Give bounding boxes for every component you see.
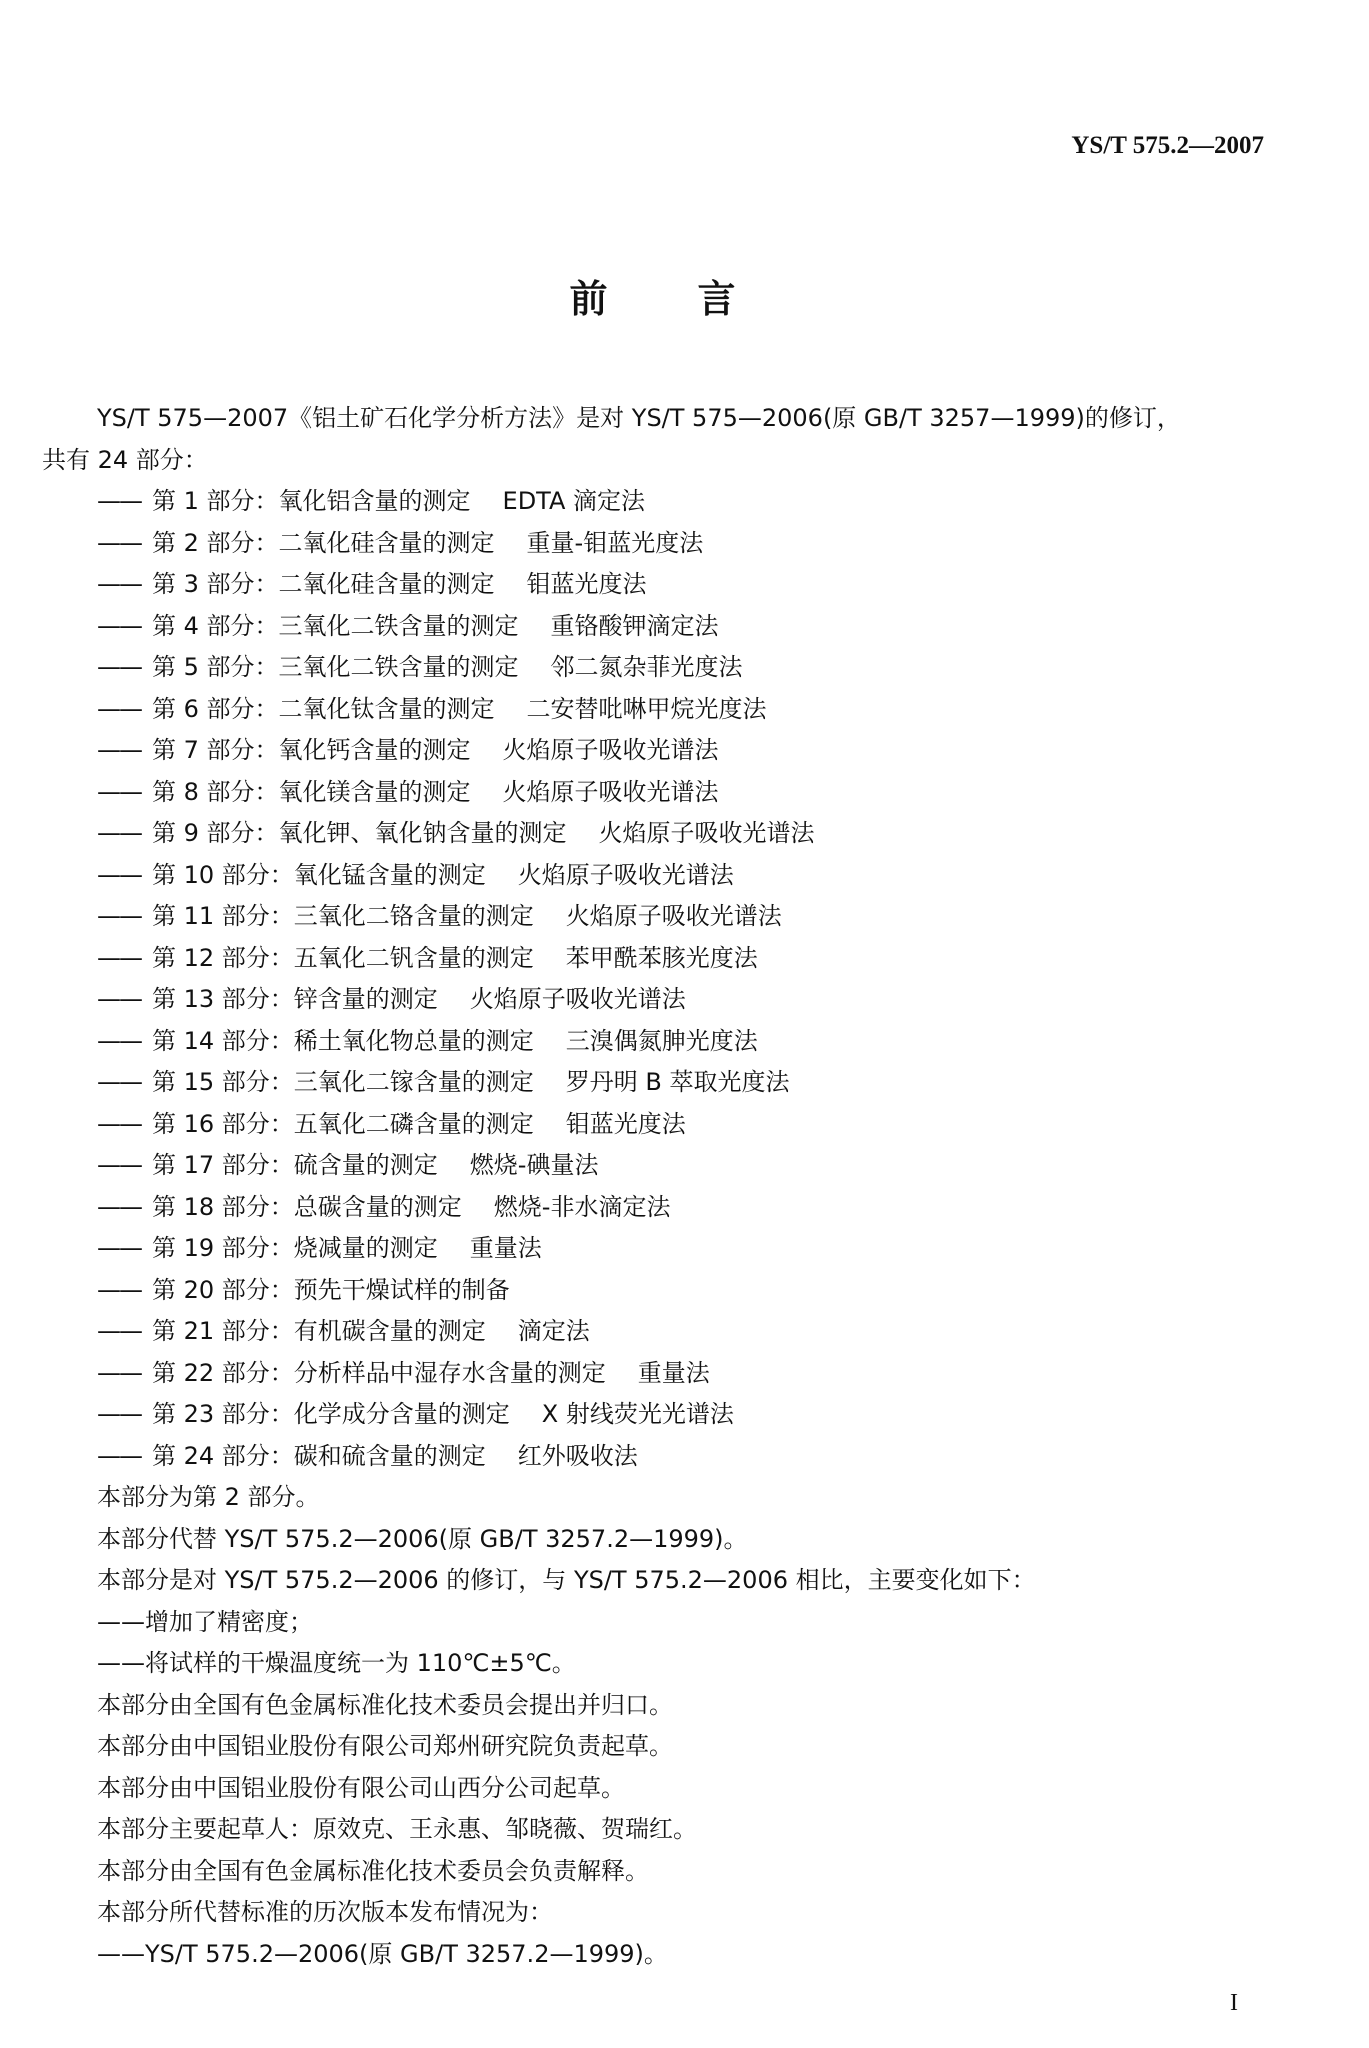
part-list-item: ——第 6 部分：二氧化钛含量的测定二安替吡啉甲烷光度法 <box>42 689 1277 731</box>
part-title: 第 6 部分：二氧化钛含量的测定 <box>152 695 495 723</box>
change-item-1: ——增加了精密度； <box>42 1602 1277 1644</box>
part-list-item: ——第 3 部分：二氧化硅含量的测定钼蓝光度法 <box>42 564 1277 606</box>
em-dash-bullet: —— <box>97 1104 152 1146</box>
part-title: 第 14 部分：稀土氧化物总量的测定 <box>152 1027 534 1055</box>
history-item-1: ——YS/T 575.2—2006(原 GB/T 3257.2—1999)。 <box>42 1934 1277 1976</box>
standard-code-header: YS/T 575.2—2007 <box>1071 132 1264 160</box>
foreword-body: YS/T 575—2007《铝土矿石化学分析方法》是对 YS/T 575—200… <box>42 398 1277 1975</box>
part-method: 重量-钼蓝光度法 <box>527 529 704 557</box>
part-method: EDTA 滴定法 <box>503 487 646 515</box>
part-title: 第 10 部分：氧化锰含量的测定 <box>152 861 486 889</box>
interpreted-by-statement: 本部分由全国有色金属标准化技术委员会负责解释。 <box>42 1851 1277 1893</box>
part-title: 第 1 部分：氧化铝含量的测定 <box>152 487 471 515</box>
part-method: 三溴偶氮胂光度法 <box>566 1027 758 1055</box>
part-list-item: ——第 11 部分：三氧化二铬含量的测定火焰原子吸收光谱法 <box>42 896 1277 938</box>
part-list-item: ——第 7 部分：氧化钙含量的测定火焰原子吸收光谱法 <box>42 730 1277 772</box>
page-title: 前言 <box>0 268 1305 323</box>
part-list-item: ——第 2 部分：二氧化硅含量的测定重量-钼蓝光度法 <box>42 523 1277 565</box>
part-method: 滴定法 <box>518 1317 590 1345</box>
change-item-2: ——将试样的干燥温度统一为 110℃±5℃。 <box>42 1643 1277 1685</box>
proposed-by-statement: 本部分由全国有色金属标准化技术委员会提出并归口。 <box>42 1685 1277 1727</box>
part-method: 重量法 <box>638 1359 710 1387</box>
part-method: 钼蓝光度法 <box>566 1110 686 1138</box>
em-dash-bullet: —— <box>97 1353 152 1395</box>
part-title: 第 18 部分：总碳含量的测定 <box>152 1193 462 1221</box>
part-method: 钼蓝光度法 <box>527 570 647 598</box>
part-list-item: ——第 22 部分：分析样品中湿存水含量的测定重量法 <box>42 1353 1277 1395</box>
part-method: 重量法 <box>470 1234 542 1262</box>
part-method: 邻二氮杂菲光度法 <box>551 653 743 681</box>
em-dash-bullet: —— <box>97 1187 152 1229</box>
part-title: 第 13 部分：锌含量的测定 <box>152 985 438 1013</box>
em-dash-bullet: —— <box>97 1021 152 1063</box>
history-intro: 本部分所代替标准的历次版本发布情况为： <box>42 1892 1277 1934</box>
intro-line-1: YS/T 575—2007《铝土矿石化学分析方法》是对 YS/T 575—200… <box>42 398 1277 440</box>
title-char-2: 言 <box>698 268 736 323</box>
part-title: 第 11 部分：三氧化二铬含量的测定 <box>152 902 534 930</box>
part-title: 第 22 部分：分析样品中湿存水含量的测定 <box>152 1359 606 1387</box>
parts-list: ——第 1 部分：氧化铝含量的测定EDTA 滴定法——第 2 部分：二氧化硅含量… <box>42 481 1277 1477</box>
title-char-1: 前 <box>569 268 607 323</box>
part-method: 二安替吡啉甲烷光度法 <box>527 695 767 723</box>
em-dash-bullet: —— <box>97 1436 152 1478</box>
part-list-item: ——第 17 部分：硫含量的测定燃烧-碘量法 <box>42 1145 1277 1187</box>
em-dash-bullet: —— <box>97 647 152 689</box>
intro-line-2: 共有 24 部分： <box>42 440 1277 482</box>
em-dash-bullet: —— <box>97 772 152 814</box>
em-dash-bullet: —— <box>97 689 152 731</box>
part-title: 第 19 部分：烧减量的测定 <box>152 1234 438 1262</box>
part-list-item: ——第 19 部分：烧减量的测定重量法 <box>42 1228 1277 1270</box>
em-dash-bullet: —— <box>97 1394 152 1436</box>
page-number: I <box>1230 1990 1238 2017</box>
part-method: 火焰原子吸收光谱法 <box>566 902 782 930</box>
part-list-item: ——第 10 部分：氧化锰含量的测定火焰原子吸收光谱法 <box>42 855 1277 897</box>
part-method: 重铬酸钾滴定法 <box>551 612 719 640</box>
part-list-item: ——第 24 部分：碳和硫含量的测定红外吸收法 <box>42 1436 1277 1478</box>
part-title: 第 9 部分：氧化钾、氧化钠含量的测定 <box>152 819 567 847</box>
part-title: 第 3 部分：二氧化硅含量的测定 <box>152 570 495 598</box>
em-dash-bullet: —— <box>97 813 152 855</box>
part-list-item: ——第 1 部分：氧化铝含量的测定EDTA 滴定法 <box>42 481 1277 523</box>
em-dash-bullet: —— <box>97 564 152 606</box>
part-method: 火焰原子吸收光谱法 <box>599 819 815 847</box>
part-title: 第 20 部分：预先干燥试样的制备 <box>152 1276 510 1304</box>
em-dash-bullet: —— <box>97 1270 152 1312</box>
part-title: 第 4 部分：三氧化二铁含量的测定 <box>152 612 519 640</box>
part-method: 火焰原子吸收光谱法 <box>503 736 719 764</box>
part-title: 第 24 部分：碳和硫含量的测定 <box>152 1442 486 1470</box>
part-list-item: ——第 14 部分：稀土氧化物总量的测定三溴偶氮胂光度法 <box>42 1021 1277 1063</box>
em-dash-bullet: —— <box>97 606 152 648</box>
replaces-statement: 本部分代替 YS/T 575.2—2006(原 GB/T 3257.2—1999… <box>42 1519 1277 1561</box>
revision-statement: 本部分是对 YS/T 575.2—2006 的修订，与 YS/T 575.2—2… <box>42 1560 1277 1602</box>
part-title: 第 2 部分：二氧化硅含量的测定 <box>152 529 495 557</box>
part-method: 火焰原子吸收光谱法 <box>503 778 719 806</box>
part-list-item: ——第 16 部分：五氧化二磷含量的测定钼蓝光度法 <box>42 1104 1277 1146</box>
part-list-item: ——第 5 部分：三氧化二铁含量的测定邻二氮杂菲光度法 <box>42 647 1277 689</box>
part-method: 燃烧-碘量法 <box>470 1151 599 1179</box>
part-list-item: ——第 9 部分：氧化钾、氧化钠含量的测定火焰原子吸收光谱法 <box>42 813 1277 855</box>
em-dash-bullet: —— <box>97 1311 152 1353</box>
em-dash-bullet: —— <box>97 1145 152 1187</box>
part-title: 第 21 部分：有机碳含量的测定 <box>152 1317 486 1345</box>
part-method: 罗丹明 B 萃取光度法 <box>566 1068 790 1096</box>
em-dash-bullet: —— <box>97 896 152 938</box>
part-list-item: ——第 23 部分：化学成分含量的测定X 射线荧光光谱法 <box>42 1394 1277 1436</box>
em-dash-bullet: —— <box>97 481 152 523</box>
part-list-item: ——第 18 部分：总碳含量的测定燃烧-非水滴定法 <box>42 1187 1277 1229</box>
em-dash-bullet: —— <box>97 855 152 897</box>
part-list-item: ——第 13 部分：锌含量的测定火焰原子吸收光谱法 <box>42 979 1277 1021</box>
part-title: 第 17 部分：硫含量的测定 <box>152 1151 438 1179</box>
em-dash-bullet: —— <box>97 523 152 565</box>
lead-drafter-statement: 本部分由中国铝业股份有限公司郑州研究院负责起草。 <box>42 1726 1277 1768</box>
em-dash-bullet: —— <box>97 938 152 980</box>
em-dash-bullet: —— <box>97 730 152 772</box>
part-list-item: ——第 15 部分：三氧化二镓含量的测定罗丹明 B 萃取光度法 <box>42 1062 1277 1104</box>
drafters-statement: 本部分主要起草人：原效克、王永惠、邹晓薇、贺瑞红。 <box>42 1809 1277 1851</box>
em-dash-bullet: —— <box>97 979 152 1021</box>
this-part-statement: 本部分为第 2 部分。 <box>42 1477 1277 1519</box>
em-dash-bullet: —— <box>97 1062 152 1104</box>
part-title: 第 16 部分：五氧化二磷含量的测定 <box>152 1110 534 1138</box>
part-list-item: ——第 21 部分：有机碳含量的测定滴定法 <box>42 1311 1277 1353</box>
em-dash-bullet: —— <box>97 1228 152 1270</box>
part-title: 第 23 部分：化学成分含量的测定 <box>152 1400 510 1428</box>
part-title: 第 5 部分：三氧化二铁含量的测定 <box>152 653 519 681</box>
drafter-org-statement: 本部分由中国铝业股份有限公司山西分公司起草。 <box>42 1768 1277 1810</box>
part-title: 第 15 部分：三氧化二镓含量的测定 <box>152 1068 534 1096</box>
part-method: 红外吸收法 <box>518 1442 638 1470</box>
part-list-item: ——第 4 部分：三氧化二铁含量的测定重铬酸钾滴定法 <box>42 606 1277 648</box>
part-method: X 射线荧光光谱法 <box>542 1400 734 1428</box>
part-method: 燃烧-非水滴定法 <box>494 1193 671 1221</box>
part-list-item: ——第 8 部分：氧化镁含量的测定火焰原子吸收光谱法 <box>42 772 1277 814</box>
part-title: 第 12 部分：五氧化二钒含量的测定 <box>152 944 534 972</box>
part-title: 第 7 部分：氧化钙含量的测定 <box>152 736 471 764</box>
part-list-item: ——第 20 部分：预先干燥试样的制备 <box>42 1270 1277 1312</box>
part-method: 火焰原子吸收光谱法 <box>518 861 734 889</box>
part-list-item: ——第 12 部分：五氧化二钒含量的测定苯甲酰苯胲光度法 <box>42 938 1277 980</box>
part-method: 火焰原子吸收光谱法 <box>470 985 686 1013</box>
part-title: 第 8 部分：氧化镁含量的测定 <box>152 778 471 806</box>
part-method: 苯甲酰苯胲光度法 <box>566 944 758 972</box>
